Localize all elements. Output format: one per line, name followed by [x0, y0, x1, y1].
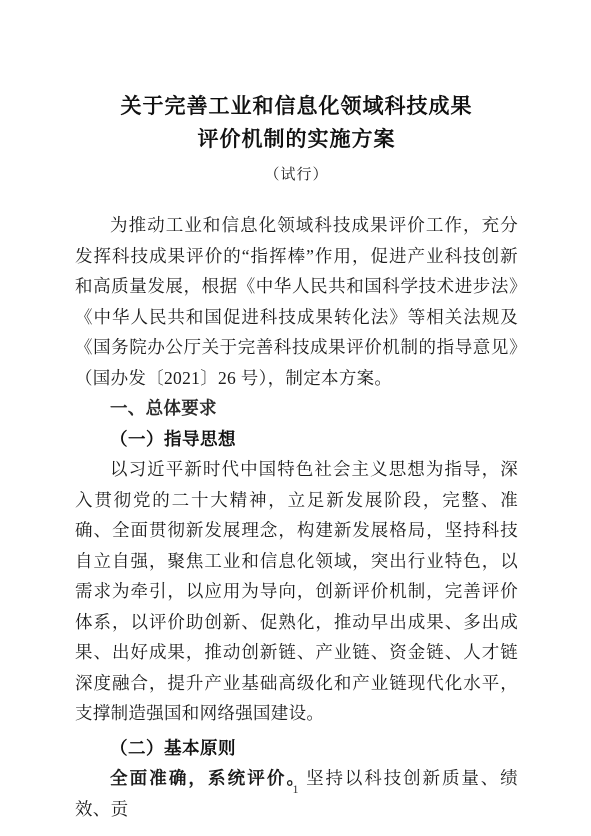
document-subtitle: （试行）	[75, 163, 518, 187]
title-line-2: 评价机制的实施方案	[75, 123, 518, 156]
document-title: 关于完善工业和信息化领域科技成果 评价机制的实施方案	[75, 90, 518, 156]
section-heading-overall-requirements: 一、总体要求	[75, 393, 518, 424]
title-line-1: 关于完善工业和信息化领域科技成果	[75, 90, 518, 123]
intro-paragraph: 为推动工业和信息化领域科技成果评价工作，充分发挥科技成果评价的“指挥棒”作用，促…	[75, 210, 518, 393]
document-page: 关于完善工业和信息化领域科技成果 评价机制的实施方案 （试行） 为推动工业和信息…	[0, 0, 591, 836]
subsection-heading-guiding-ideology: （一）指导思想	[75, 424, 518, 455]
subsection-heading-basic-principles: （二）基本原则	[75, 733, 518, 764]
guiding-ideology-paragraph: 以习近平新时代中国特色社会主义思想为指导，深入贯彻党的二十大精神，立足新发展阶段…	[75, 454, 518, 729]
page-footer: 1	[0, 780, 591, 798]
page-number: 1	[293, 782, 299, 796]
